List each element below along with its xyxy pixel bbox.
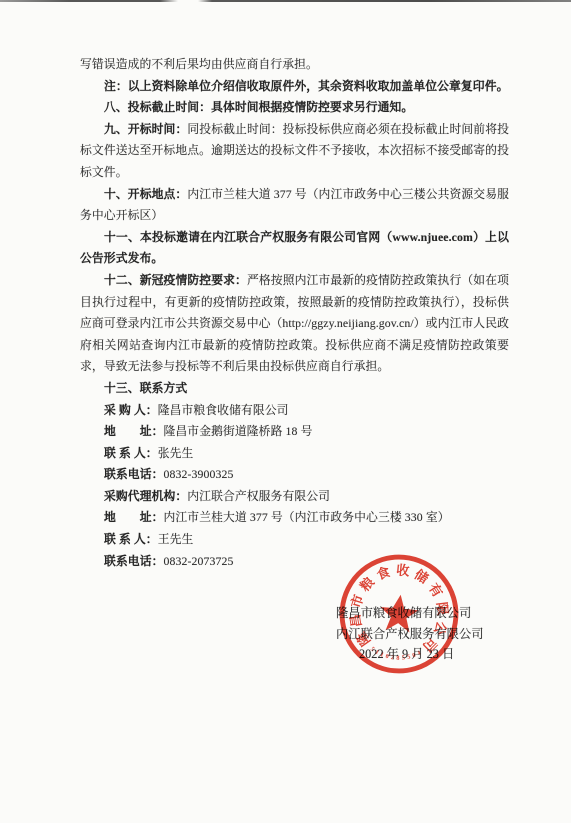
signature-purchaser-name: 隆昌市粮食收储有限公司 (336, 603, 484, 624)
contact-agency: 采购代理机构：内江联合产权服务有限公司 (80, 486, 509, 508)
paragraph-item-9-opening-time: 九、开标时间：同投标截止时间：投标投标供应商必须在投标截止时间前将投标文件送达至… (80, 119, 509, 184)
contact-purchaser: 采 购 人：隆昌市粮食收储有限公司 (80, 400, 509, 422)
paragraph-item-13-contact-heading: 十三、联系方式 (80, 378, 509, 400)
signature-block: 隆昌市粮食收储有限公司 内江联合产权服务有限公司 2022 年 9 月 23 日 (336, 603, 484, 665)
contact-agency-phone: 联系电话：0832-2073725 (80, 551, 509, 573)
contact-agency-person: 联 系 人：王先生 (80, 529, 509, 551)
contact-agency-address: 地 址：内江市兰桂大道 377 号（内江市政务中心三楼 330 室） (80, 507, 509, 529)
signature-date: 2022 年 9 月 23 日 (336, 644, 484, 665)
paragraph-item-12-covid-policy: 十二、新冠疫情防控要求：严格按照内江市最新的疫情防控政策执行（如在项目执行过程中… (80, 270, 509, 378)
paragraph-note: 注：以上资料除单位介绍信收取原件外，其余资料收取加盖单位公章复印件。 (80, 76, 509, 98)
signature-agency-name: 内江联合产权服务有限公司 (336, 624, 484, 645)
document-body: 写错误造成的不利后果均由供应商自行承担。 注：以上资料除单位介绍信收取原件外，其… (80, 54, 509, 572)
contact-purchaser-phone: 联系电话：0832-3900325 (80, 464, 509, 486)
svg-text:粮: 粮 (356, 573, 377, 594)
paragraph-continuation: 写错误造成的不利后果均由供应商自行承担。 (80, 54, 509, 76)
contact-purchaser-person: 联 系 人：张先生 (80, 443, 509, 465)
paragraph-item-10-opening-place: 十、开标地点：内江市兰桂大道 377 号（内江市政务中心三楼公共资源交易服务中心… (80, 184, 509, 227)
paragraph-item-8-deadline: 八、投标截止时间：具体时间根据疫情防控要求另行通知。 (80, 97, 509, 119)
svg-text:有: 有 (426, 580, 447, 600)
paragraph-item-11-announcement: 十一、本投标邀请在内江联合产权服务有限公司官网（www.njuee.com）上以… (80, 227, 509, 270)
scan-edge-artifact (0, 0, 571, 2)
contact-purchaser-address: 地 址：隆昌市金鹅街道隆桥路 18 号 (80, 421, 509, 443)
